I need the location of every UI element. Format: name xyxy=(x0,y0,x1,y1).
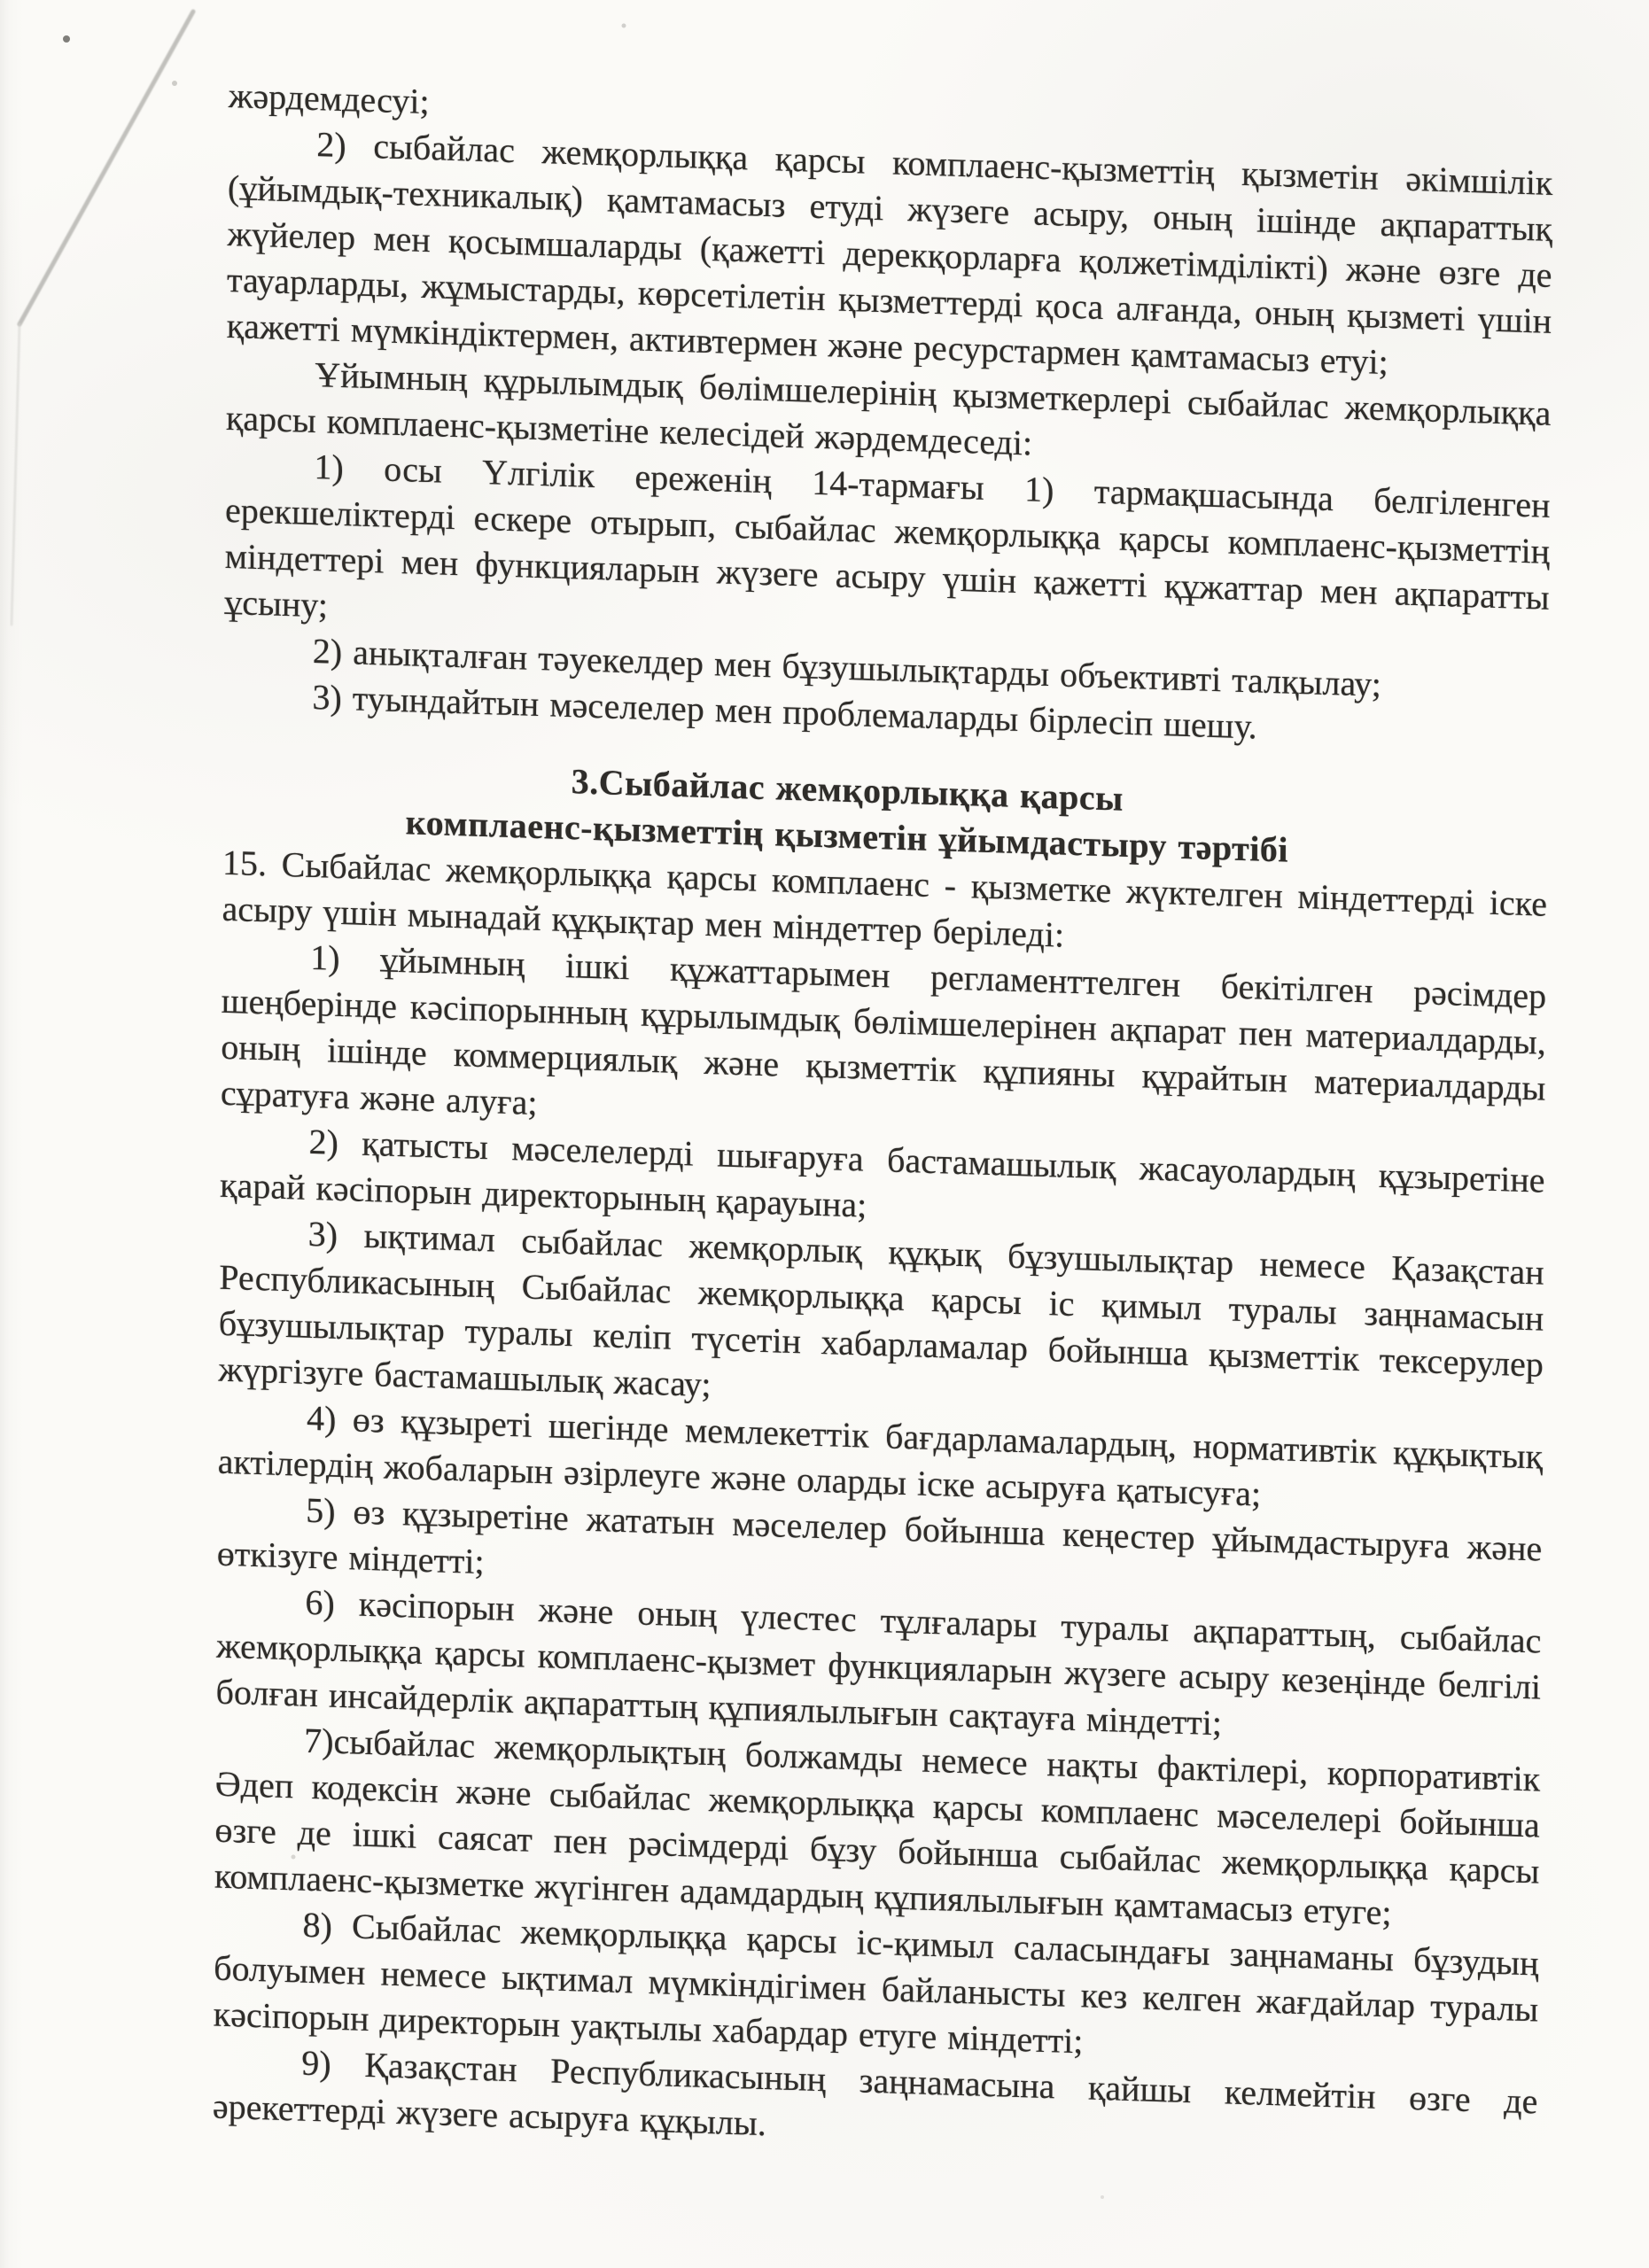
ink-dot-speck xyxy=(63,35,70,43)
faint-speck xyxy=(1101,2195,1104,2199)
faint-speck xyxy=(622,24,626,28)
scan-fold-line xyxy=(19,12,193,324)
document-content: жәрдемдесуі;2) сыбайлас жемқорлыққа қарс… xyxy=(213,73,1553,2171)
paragraph: 2) сыбайлас жемқорлыққа қарсы комплаенс-… xyxy=(227,119,1553,391)
faint-speck xyxy=(172,81,177,86)
scanned-document-page: жәрдемдесуі;2) сыбайлас жемқорлыққа қарс… xyxy=(0,0,1649,2268)
scan-fold-line-tail xyxy=(12,324,19,625)
